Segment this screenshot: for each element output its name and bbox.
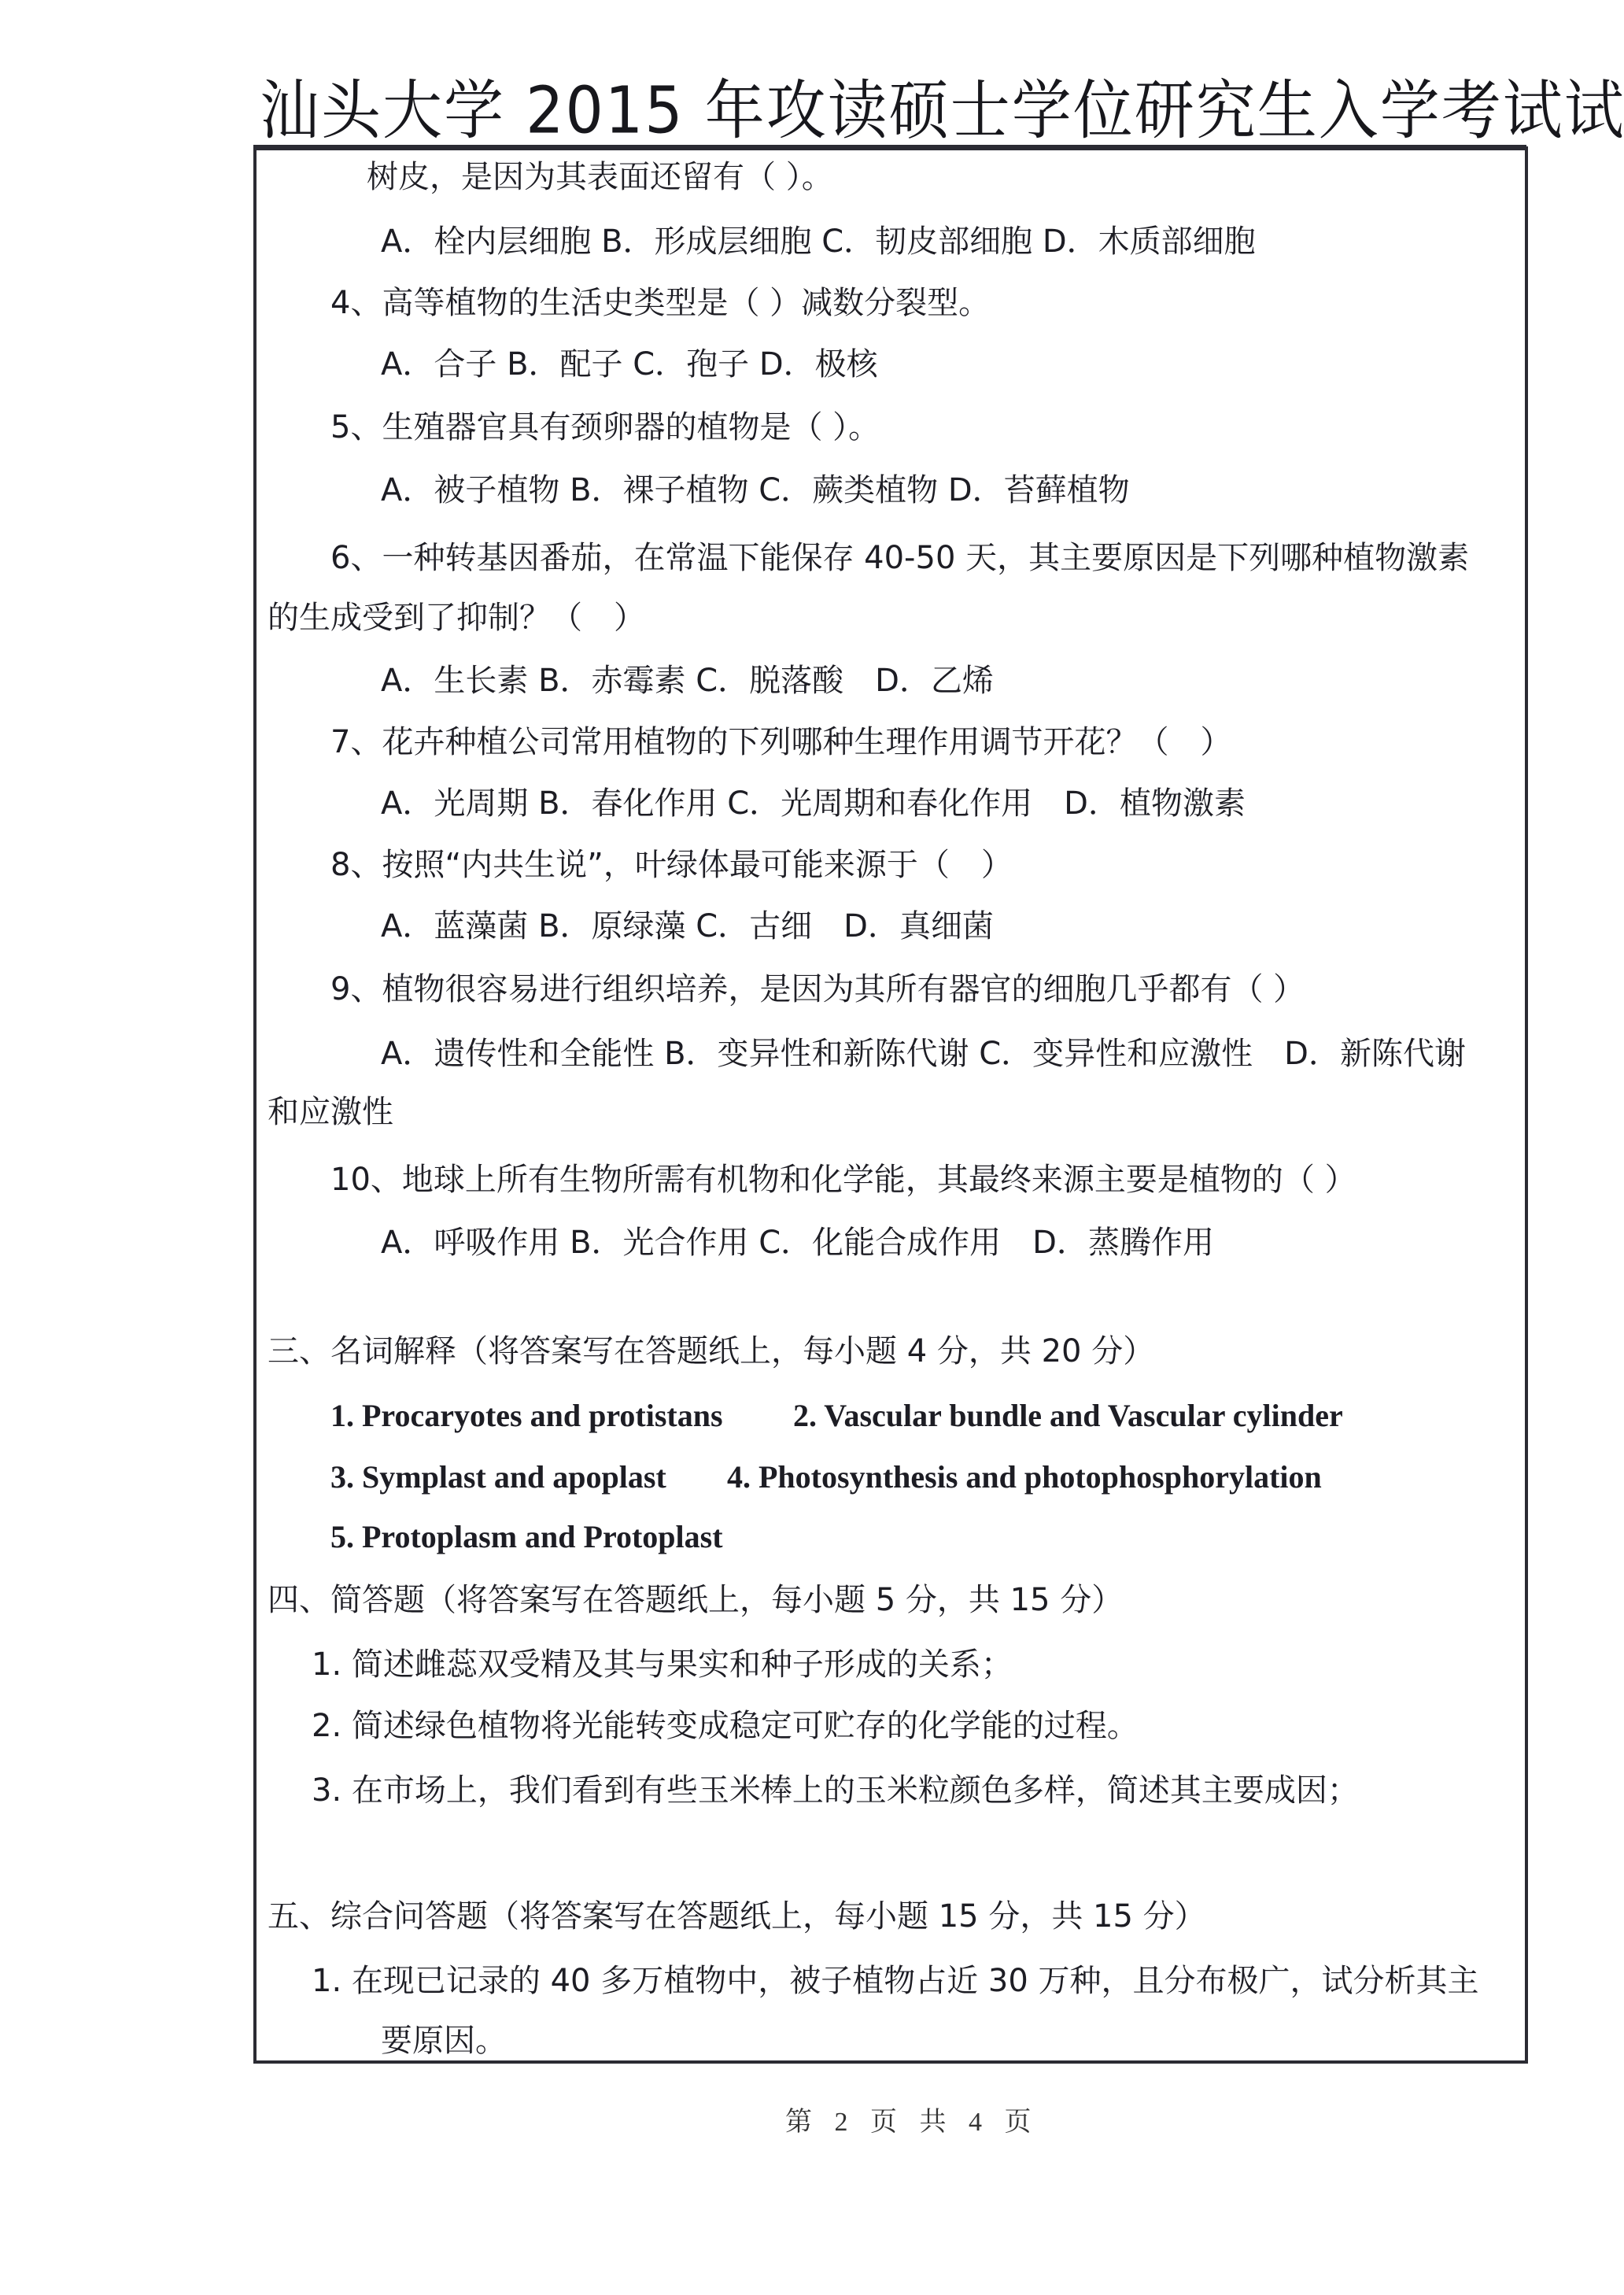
question-7-stem: 7、花卉种植公司常用植物的下列哪种生理作用调节开花？（ ） (330, 722, 1231, 762)
question-6-stem-line1: 6、一种转基因番茄，在常温下能保存 40-50 天，其主要原因是下列哪种植物激素 (330, 538, 1469, 578)
question-9-options-line1: A．遗传性和全能性 B．变异性和新陈代谢 C．变异性和应激性 D．新陈代谢 (381, 1034, 1466, 1074)
question-9-options-line2: 和应激性 (268, 1092, 393, 1132)
question-5-stem: 5、生殖器官具有颈卵器的植物是（ ）。 (330, 408, 880, 447)
section-4-question-1: 1. 简述雌蕊双受精及其与果实和种子形成的关系； (312, 1645, 1013, 1684)
page-indicator: 第 2 页 共 4 页 (785, 2100, 1039, 2138)
section-5-question-1-line1: 1. 在现已记录的 40 多万植物中，被子植物占近 30 万种，且分布极广，试分… (312, 1961, 1479, 2001)
question-7-options: A．光周期 B．春化作用 C．光周期和春化作用 D．植物激素 (381, 784, 1246, 823)
section-4-question-3: 3. 在市场上，我们看到有些玉米棒上的玉米粒颜色多样，简述其主要成因； (312, 1771, 1359, 1810)
question-4-stem: 4、高等植物的生活史类型是（ ）减数分裂型。 (330, 283, 990, 323)
question-8-options: A．蓝藻菌 B．原绿藻 C．古细 D．真细菌 (381, 907, 994, 946)
question-3-stem-tail: 树皮，是因为其表面还留有（ ）。 (367, 157, 833, 197)
question-3-options: A．栓内层细胞 B．形成层细胞 C．韧皮部细胞 D．木质部细胞 (381, 222, 1256, 261)
question-10-stem: 10、地球上所有生物所需有机物和化学能，其最终来源主要是植物的（ ） (330, 1160, 1356, 1199)
question-4-options: A．合子 B．配子 C．孢子 D．极核 (381, 345, 878, 384)
section-3-term-2: 2. Vascular bundle and Vascular cylinder (793, 1396, 1343, 1436)
section-3-term-1: 1. Procaryotes and protistans (330, 1396, 723, 1436)
section-3-term-3: 3. Symplast and apoplast (330, 1458, 666, 1497)
question-10-options: A．呼吸作用 B．光合作用 C．化能合成作用 D．蒸腾作用 (381, 1223, 1214, 1262)
question-9-stem: 9、植物很容易进行组织培养，是因为其所有器官的细胞几乎都有（ ） (330, 970, 1305, 1009)
section-4-heading: 四、简答题（将答案写在答题纸上，每小题 5 分，共 15 分） (268, 1580, 1123, 1620)
section-5-heading: 五、综合问答题（将答案写在答题纸上，每小题 15 分，共 15 分） (268, 1897, 1206, 1936)
section-5-question-1-line2: 要原因。 (381, 2021, 507, 2060)
question-6-stem-line2: 的生成受到了抑制？（ ） (268, 598, 645, 637)
exam-title: 汕头大学 2015 年攻读硕士学位研究生入学考试试题 (260, 72, 1526, 149)
section-4-question-2: 2. 简述绿色植物将光能转变成稳定可贮存的化学能的过程。 (312, 1706, 1139, 1746)
question-6-options: A．生长素 B．赤霉素 C．脱落酸 D．乙烯 (381, 661, 994, 700)
question-5-options: A．被子植物 B．裸子植物 C．蕨类植物 D．苔藓植物 (381, 471, 1130, 510)
section-3-term-4: 4. Photosynthesis and photophosphorylati… (727, 1458, 1322, 1497)
section-3-term-5: 5. Protoplasm and Protoplast (330, 1517, 723, 1557)
section-3-heading: 三、名词解释（将答案写在答题纸上，每小题 4 分，共 20 分） (268, 1332, 1154, 1371)
question-8-stem: 8、按照“内共生说”，叶绿体最可能来源于（ ） (330, 845, 1013, 885)
